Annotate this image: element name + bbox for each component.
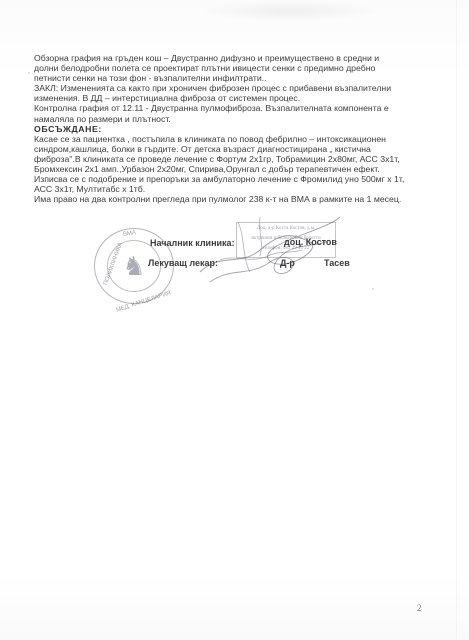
discussion-line: Бромхексин 2х1 амп.,Урбазон 2х20мг, Спир… bbox=[34, 164, 454, 174]
scan-edge bbox=[456, 0, 457, 640]
doctor-label: Лекуващ лекар: bbox=[148, 258, 218, 268]
stamp-text: ВМА bbox=[123, 230, 137, 238]
discussion-heading: ОБСЪЖДАНЕ: bbox=[34, 124, 454, 134]
body-line: Контролна графия от 12.11 - Двустранна п… bbox=[34, 103, 454, 113]
discussion-line: фиброза".В клиниката се проведе лечение … bbox=[34, 154, 454, 164]
chief-name: доц. Костов bbox=[284, 237, 337, 247]
discussion-line: АСС 3х1т, Мултитабс х 1тб. bbox=[34, 184, 454, 194]
doctor-prefix: Д-р bbox=[280, 258, 295, 268]
scan-speck bbox=[372, 288, 374, 290]
body-line: изменения. В ДД – интерстициална фиброза… bbox=[34, 93, 454, 103]
body-line: Обзорна графия на гръден кош – Двустранн… bbox=[34, 53, 454, 63]
document-page: Обзорна графия на гръден кош – Двустранн… bbox=[0, 0, 469, 640]
body-line: ЗАКЛ: Измененията са както при хроничен … bbox=[34, 83, 454, 93]
body-line: петнисти сенки на този фон - възпалителн… bbox=[34, 73, 454, 83]
doctor-name: Тасев bbox=[324, 258, 350, 268]
discussion-line: Изписва се с подобрение и препоръки за а… bbox=[34, 174, 454, 184]
discussion-line: Касае се за пациентка , постъпила в клин… bbox=[34, 134, 454, 144]
body-line: намаляла по размери и плътност. bbox=[34, 114, 454, 124]
discussion-line: Има право на два контролни прегледа при … bbox=[34, 194, 454, 204]
handwritten-signature bbox=[190, 212, 350, 292]
scan-shadow bbox=[200, 0, 380, 22]
signature-block: ВМА ПОЛИКЛИНИКА МЕД. КАНЦЕЛАРИЯ ♞ Доц. д… bbox=[90, 220, 410, 320]
stamp-text: МЕД. КАНЦЕЛАРИЯ bbox=[115, 290, 171, 313]
lion-emblem-icon: ♞ bbox=[117, 251, 151, 281]
page-number: 2 bbox=[417, 603, 422, 613]
chief-label: Началник клиника: bbox=[150, 238, 235, 248]
body-line: долни белодробни полета се проектират пл… bbox=[34, 63, 454, 73]
scan-speck bbox=[28, 72, 30, 74]
document-body: Обзорна графия на гръден кош – Двустранн… bbox=[34, 53, 454, 204]
discussion-line: синдром,кашлица, болки в гърдите. От дет… bbox=[34, 144, 454, 154]
